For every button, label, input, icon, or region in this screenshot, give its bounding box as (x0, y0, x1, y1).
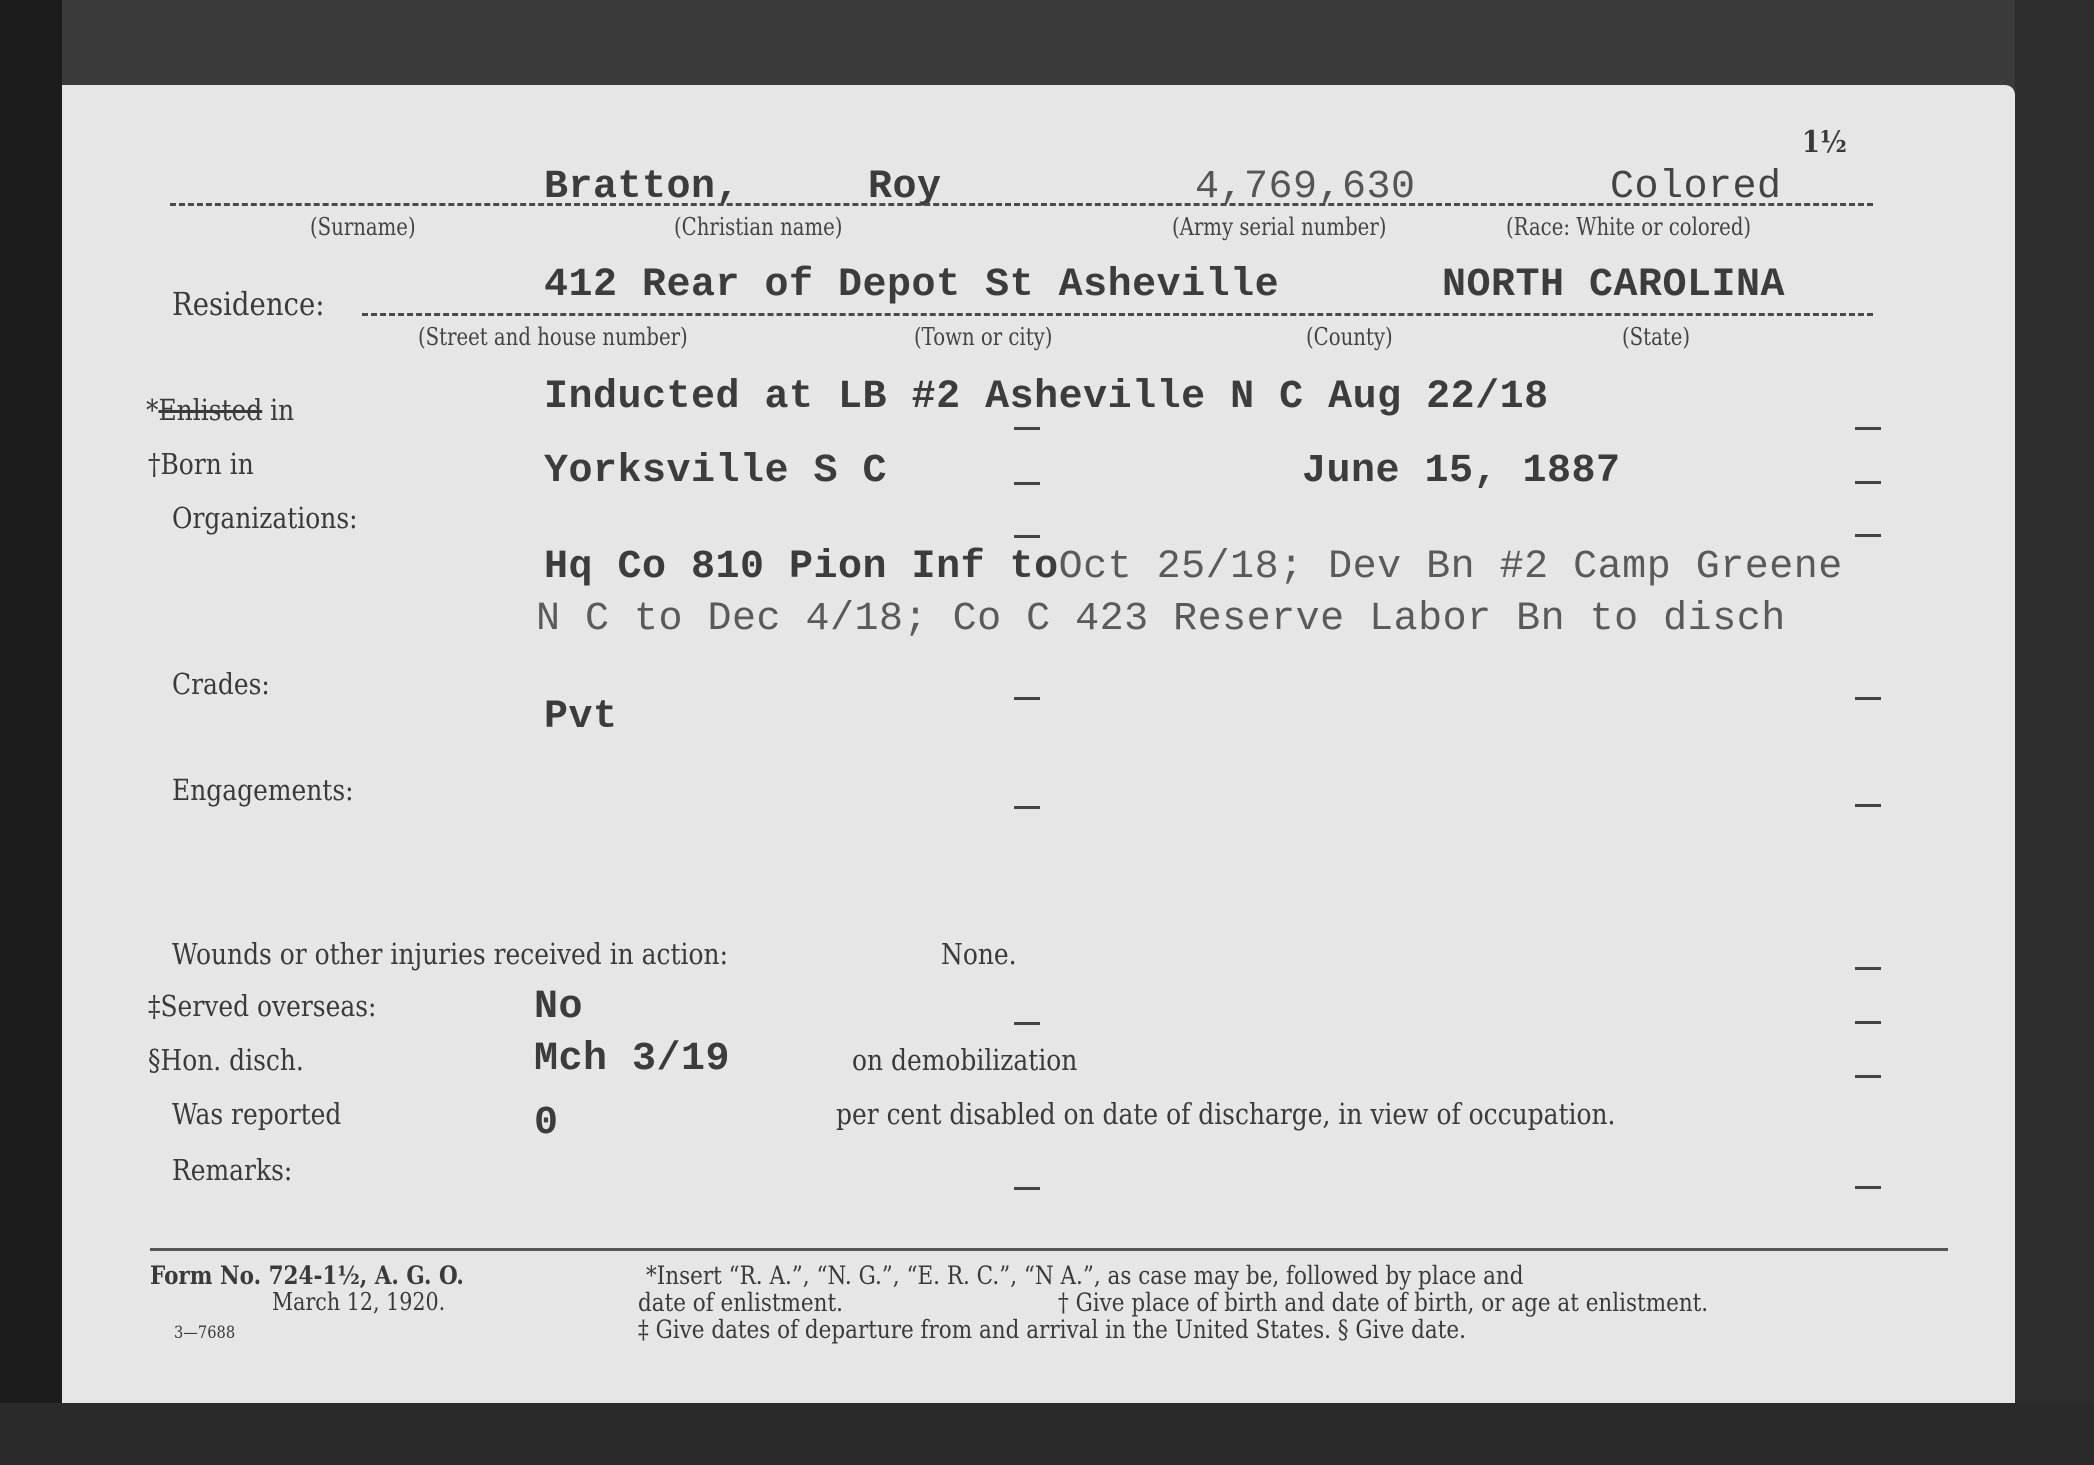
hon-disch-suffix: on demobilization (852, 1043, 1077, 1077)
field-dash-mid-4 (1014, 697, 1040, 700)
scanner-background-left (0, 0, 62, 1465)
field-dash-right-2 (1855, 481, 1881, 484)
field-dash-right-8 (1855, 1075, 1881, 1078)
field-dash-mid-3 (1014, 535, 1040, 538)
field-dash-right-5 (1855, 804, 1881, 807)
organizations-line-1-rest: Oct 25/18; Dev Bn #2 Camp Greene (1059, 545, 1843, 590)
field-dash-mid-2 (1014, 482, 1040, 485)
footnote-line-1: *Insert “R. A.”, “N. G.”, “E. R. C.”, “N… (646, 1261, 1524, 1290)
field-dash-mid-5 (1014, 806, 1040, 809)
residence-dotted-line (362, 313, 1873, 316)
form-number: Form No. 724-1½, A. G. O. (150, 1261, 464, 1290)
field-dash-right-1 (1855, 427, 1881, 430)
residence-state-value: NORTH CAROLINA (1442, 263, 1785, 308)
remarks-label: Remarks: (172, 1153, 292, 1187)
grades-label: Crades: (172, 667, 270, 701)
served-overseas-label: ‡Served overseas: (148, 989, 376, 1023)
race-caption: (Race: White or colored) (1506, 213, 1751, 241)
surname-caption: (Surname) (310, 213, 416, 241)
street-caption: (Street and house number) (418, 323, 688, 351)
enlisted-marker: * (146, 393, 158, 427)
born-label: †Born in (148, 447, 254, 481)
enlisted-value: Inducted at LB #2 Asheville N C Aug 22/1… (544, 375, 1549, 420)
residence-label: Residence: (172, 285, 325, 323)
field-dash-right-4 (1855, 697, 1881, 700)
town-caption: (Town or city) (914, 323, 1052, 351)
serial-number-caption: (Army serial number) (1172, 213, 1386, 241)
enlisted-label: *Enlisted in (146, 393, 294, 427)
grades-value: Pvt (544, 695, 618, 740)
scanner-background-right (2015, 0, 2094, 1465)
served-overseas-value: No (534, 985, 583, 1030)
organizations-line-2: N C to Dec 4/18; Co C 423 Reserve Labor … (536, 597, 1786, 642)
christian-name-caption: (Christian name) (674, 213, 842, 241)
print-code: 3—7688 (174, 1323, 235, 1343)
organizations-line-1: Hq Co 810 Pion Inf toOct 25/18; Dev Bn #… (544, 545, 1843, 590)
organizations-line-1-bold: Hq Co 810 Pion Inf to (544, 545, 1059, 590)
organizations-label: Organizations: (172, 501, 358, 535)
footnote-line-2b: † Give place of birth and date of birth,… (1058, 1288, 1708, 1317)
engagements-label: Engagements: (172, 773, 354, 807)
was-reported-value: 0 (534, 1101, 559, 1146)
hon-disch-value: Mch 3/19 (534, 1037, 730, 1082)
was-reported-label: Was reported (172, 1097, 341, 1131)
form-size-mark: 1½ (1802, 125, 1847, 160)
field-dash-right-9 (1855, 1186, 1881, 1189)
footnote-line-3: ‡ Give dates of departure from and arriv… (638, 1315, 1466, 1344)
footnote-line-2a: date of enlistment. (638, 1288, 843, 1317)
header-dotted-line (170, 203, 1873, 206)
enlisted-label-rest: in (262, 393, 294, 427)
born-date-value: June 15, 1887 (1302, 449, 1621, 494)
scanner-background-bottom (0, 1403, 2094, 1465)
field-dash-right-7 (1855, 1021, 1881, 1024)
hon-disch-label: §Hon. disch. (148, 1043, 304, 1077)
born-place-value: Yorksville S C (544, 449, 887, 494)
enlisted-struck-word: Enlisted (158, 393, 262, 427)
wounds-label: Wounds or other injuries received in act… (172, 937, 728, 971)
field-dash-mid-7 (1014, 1187, 1040, 1190)
field-dash-mid-6 (1014, 1022, 1040, 1025)
was-reported-suffix: per cent disabled on date of discharge, … (836, 1097, 1615, 1131)
field-dash-right-3 (1855, 534, 1881, 537)
state-caption: (State) (1622, 323, 1690, 351)
residence-street-city-value: 412 Rear of Depot St Asheville (544, 263, 1279, 308)
form-date: March 12, 1920. (272, 1288, 445, 1316)
county-caption: (County) (1306, 323, 1393, 351)
service-record-card: 1½ Bratton, Roy 4,769,630 Colored (Surna… (62, 85, 2015, 1403)
field-dash-right-6 (1855, 967, 1881, 970)
wounds-value: None. (941, 937, 1017, 971)
field-dash-mid-1 (1014, 427, 1040, 430)
footer-separator (150, 1248, 1948, 1251)
